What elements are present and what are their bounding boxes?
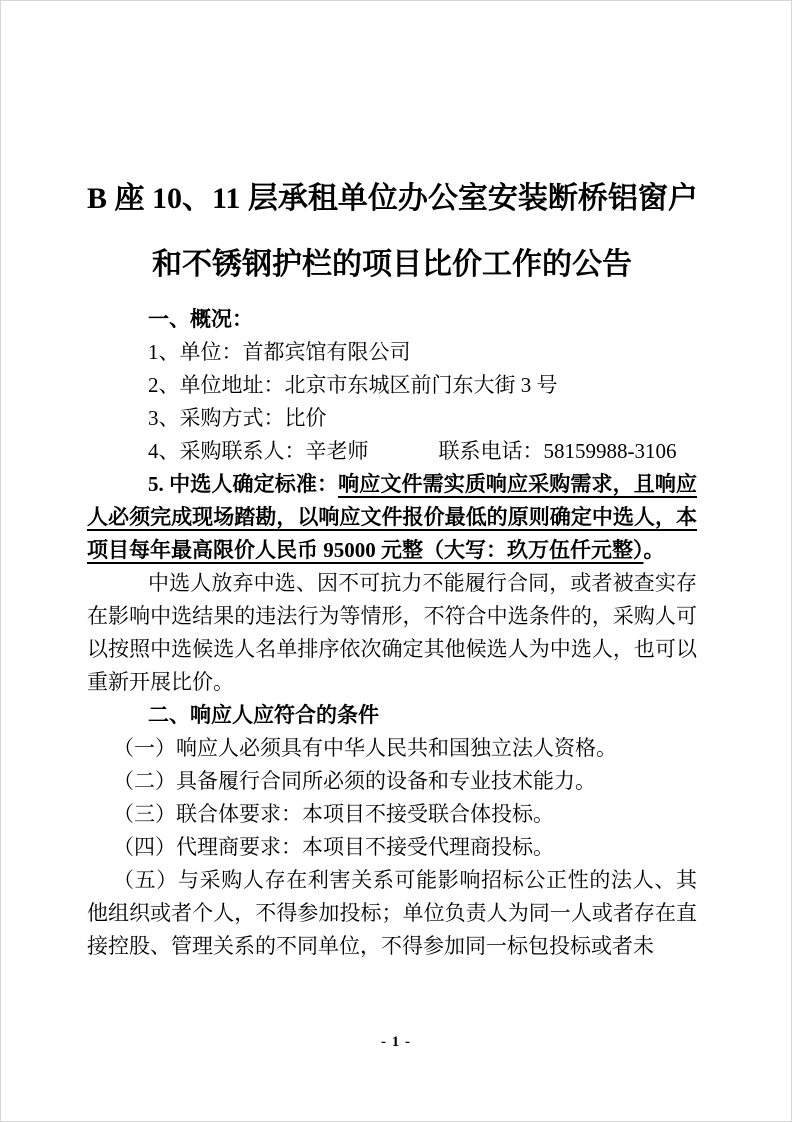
criteria-period: 。 [644,538,665,562]
section1-item-contact: 4、采购联系人：辛老师联系电话：58159988-3106 [87,435,697,468]
contact-phone: 联系电话：58159988-3106 [369,439,677,463]
title-line-2: 和不锈钢护栏的项目比价工作的公告 [87,232,697,298]
section2-item-5: （五）与采购人存在利害关系可能影响招标公正性的法人、其他组织或者个人，不得参加投… [87,864,697,963]
section2-item-4: （四）代理商要求：本项目不接受代理商投标。 [87,831,697,864]
section2-item-1: （一）响应人必须具有中华人民共和国独立法人资格。 [87,732,697,765]
title-line-1: B 座 10、11 层承租单位办公室安装断桥铝窗户 [87,166,697,232]
section1-paragraph: 中选人放弃中选、因不可抗力不能履行合同，或者被查实存在影响中选结果的违法行为等情… [87,567,697,699]
section1-item-criteria: 5. 中选人确定标准：响应文件需实质响应采购需求，且响应人必须完成现场踏勘，以响… [87,468,697,567]
document-content: B 座 10、11 层承租单位办公室安装断桥铝窗户 和不锈钢护栏的项目比价工作的… [1,166,791,963]
section2-item-2: （二）具备履行合同所必须的设备和专业技术能力。 [87,765,697,798]
section1-item-unit: 1、单位：首都宾馆有限公司 [87,336,697,369]
section2-heading: 二、响应人应符合的条件 [87,699,697,732]
document-title: B 座 10、11 层承租单位办公室安装断桥铝窗户 和不锈钢护栏的项目比价工作的… [87,166,697,298]
section2-item-3: （三）联合体要求：本项目不接受联合体投标。 [87,798,697,831]
contact-person: 4、采购联系人：辛老师 [148,439,369,463]
section1-item-address: 2、单位地址：北京市东城区前门东大街 3 号 [87,369,697,402]
page-number: - 1 - [1,1034,791,1051]
criteria-label: 5. 中选人确定标准： [148,472,338,496]
section1-heading: 一、概况： [87,303,697,336]
section1-item-method: 3、采购方式：比价 [87,402,697,435]
document-page: B 座 10、11 层承租单位办公室安装断桥铝窗户 和不锈钢护栏的项目比价工作的… [0,0,792,1122]
